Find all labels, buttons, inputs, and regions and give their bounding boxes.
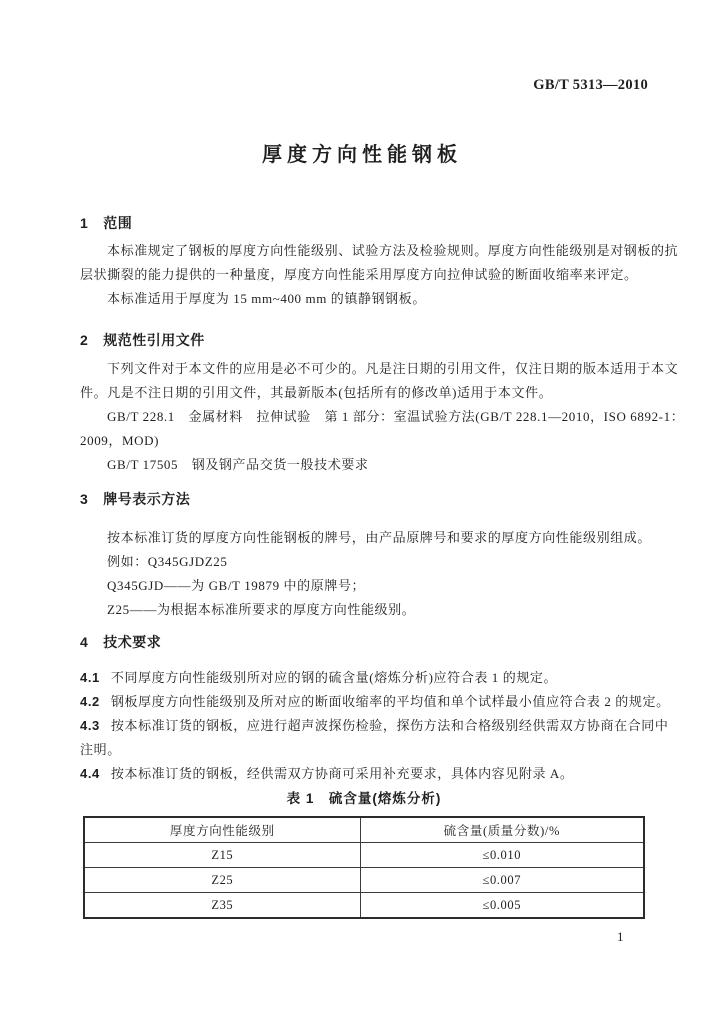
clause-4-4-text: 按本标准订货的钢板，经供需双方协商可采用补充要求，具体内容见附录 A。 xyxy=(111,766,574,781)
clause-4-3-text: 按本标准订货的钢板，应进行超声波探伤检验，探伤方法和合格级别经供需双方协商在合同… xyxy=(111,718,669,733)
page-title: 厚度方向性能钢板 xyxy=(0,138,724,167)
clause-line: 4.2钢板厚度方向性能级别及所对应的断面收缩率的平均值和单个试样最小值应符合表 … xyxy=(80,690,648,714)
document-page: GB/T 5313—2010 厚度方向性能钢板 1范围 本标准规定了钢板的厚度方… xyxy=(0,0,724,1024)
paragraph-line: 按本标准订货的厚度方向性能钢板的牌号，由产品原牌号和要求的厚度方向性能级别组成。 xyxy=(80,526,648,550)
clause-4-3-number: 4.3 xyxy=(80,714,100,738)
table-row: Z15 ≤0.010 xyxy=(84,843,644,868)
clause-4-1-text: 不同厚度方向性能级别所对应的钢的硫含量(熔炼分析)应符合表 1 的规定。 xyxy=(111,670,557,685)
clause-line: 4.4按本标准订货的钢板，经供需双方协商可采用补充要求，具体内容见附录 A。 xyxy=(80,762,648,786)
section-4-title: 技术要求 xyxy=(103,634,161,650)
cell-level: Z35 xyxy=(84,893,360,919)
section-2-heading: 2规范性引用文件 xyxy=(80,330,648,350)
paragraph-line: 层状撕裂的能力提供的一种量度，厚度方向性能采用厚度方向拉伸试验的断面收缩率来评定… xyxy=(80,263,648,287)
paragraph-line: 本标准规定了钢板的厚度方向性能级别、试验方法及检验规则。厚度方向性能级别是对钢板… xyxy=(80,239,648,263)
clause-4-4-number: 4.4 xyxy=(80,762,100,786)
table-header-sulfur-content: 硫含量(质量分数)/% xyxy=(360,817,644,843)
section-2-title: 规范性引用文件 xyxy=(103,332,205,348)
clause-line: 4.3按本标准订货的钢板，应进行超声波探伤检验，探伤方法和合格级别经供需双方协商… xyxy=(80,714,648,738)
clause-4-1-number: 4.1 xyxy=(80,666,100,690)
paragraph-line: 本标准适用于厚度为 15 mm~400 mm 的镇静钢钢板。 xyxy=(80,287,648,311)
section-3-heading: 3牌号表示方法 xyxy=(80,489,648,509)
cell-sulfur-limit: ≤0.007 xyxy=(360,868,644,893)
table-header-row: 厚度方向性能级别 硫含量(质量分数)/% xyxy=(84,817,644,843)
table-header-performance-level: 厚度方向性能级别 xyxy=(84,817,360,843)
standard-number: GB/T 5313—2010 xyxy=(533,77,648,94)
section-3-number: 3 xyxy=(80,491,88,507)
table-row: Z35 ≤0.005 xyxy=(84,893,644,919)
table-1-sulfur-content: 厚度方向性能级别 硫含量(质量分数)/% Z15 ≤0.010 Z25 ≤0.0… xyxy=(83,816,645,919)
cell-level: Z15 xyxy=(84,843,360,868)
page-number: 1 xyxy=(617,929,624,945)
section-1-number: 1 xyxy=(80,215,88,231)
reference-line: GB/T 17505 钢及钢产品交货一般技术要求 xyxy=(80,453,648,477)
section-1-heading: 1范围 xyxy=(80,213,648,233)
reference-line: 2009，MOD) xyxy=(80,429,648,453)
paragraph-line: 例如：Q345GJDZ25 xyxy=(80,550,648,574)
section-4-heading: 4技术要求 xyxy=(80,632,648,652)
section-1-body: 本标准规定了钢板的厚度方向性能级别、试验方法及检验规则。厚度方向性能级别是对钢板… xyxy=(80,239,648,311)
section-4-body: 4.1不同厚度方向性能级别所对应的钢的硫含量(熔炼分析)应符合表 1 的规定。 … xyxy=(80,666,648,786)
clause-4-2-number: 4.2 xyxy=(80,690,100,714)
paragraph-line: Q345GJD——为 GB/T 19879 中的原牌号； xyxy=(80,574,648,598)
paragraph-line: 下列文件对于本文件的应用是必不可少的。凡是注日期的引用文件，仅注日期的版本适用于… xyxy=(80,357,648,381)
clause-line-continuation: 注明。 xyxy=(80,738,648,762)
cell-level: Z25 xyxy=(84,868,360,893)
section-2-body: 下列文件对于本文件的应用是必不可少的。凡是注日期的引用文件，仅注日期的版本适用于… xyxy=(80,357,648,477)
clause-line: 4.1不同厚度方向性能级别所对应的钢的硫含量(熔炼分析)应符合表 1 的规定。 xyxy=(80,666,648,690)
section-3-title: 牌号表示方法 xyxy=(103,491,190,507)
paragraph-line: 件。凡是不注日期的引用文件，其最新版本(包括所有的修改单)适用于本文件。 xyxy=(80,381,648,405)
section-3-body: 按本标准订货的厚度方向性能钢板的牌号，由产品原牌号和要求的厚度方向性能级别组成。… xyxy=(80,526,648,622)
table-1-caption: 表 1 硫含量(熔炼分析) xyxy=(80,787,648,807)
paragraph-line: Z25——为根据本标准所要求的厚度方向性能级别。 xyxy=(80,598,648,622)
reference-line: GB/T 228.1 金属材料 拉伸试验 第 1 部分：室温试验方法(GB/T … xyxy=(80,405,648,429)
section-4-number: 4 xyxy=(80,634,88,650)
cell-sulfur-limit: ≤0.005 xyxy=(360,893,644,919)
table-row: Z25 ≤0.007 xyxy=(84,868,644,893)
section-1-title: 范围 xyxy=(103,215,132,231)
cell-sulfur-limit: ≤0.010 xyxy=(360,843,644,868)
clause-4-2-text: 钢板厚度方向性能级别及所对应的断面收缩率的平均值和单个试样最小值应符合表 2 的… xyxy=(111,694,670,709)
section-2-number: 2 xyxy=(80,332,88,348)
